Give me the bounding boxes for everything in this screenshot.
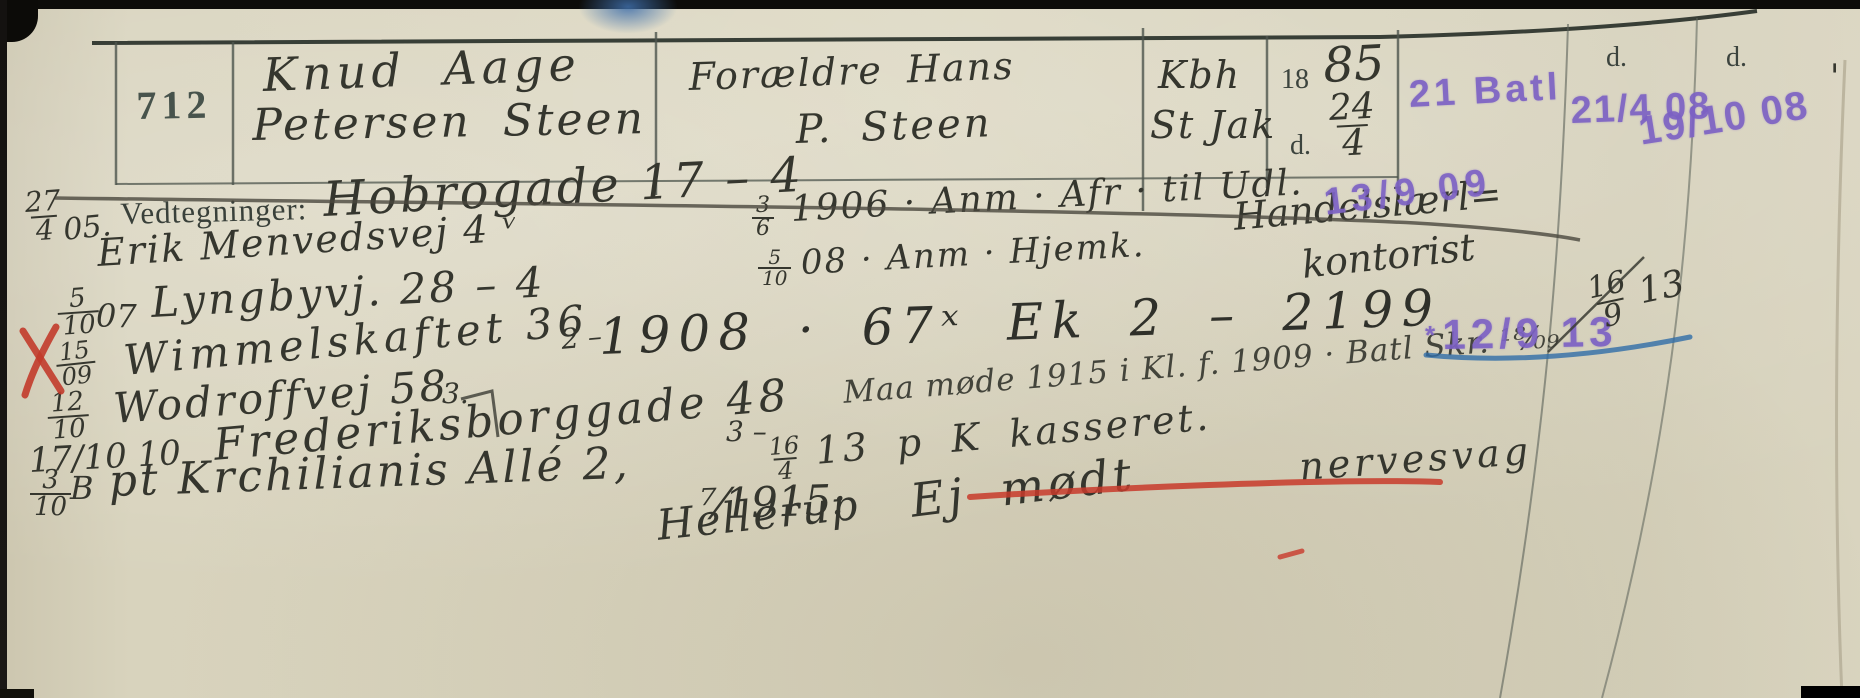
scan-corner-bottom-left [0,689,34,698]
blue-ink-smudge [578,0,678,34]
blue-underline [1426,337,1690,358]
scan-edge-left [0,0,7,698]
scan-corner-bottom-right [1801,686,1860,698]
red-underline [970,481,1440,497]
annotation-marks [0,0,1860,698]
red-dash [1280,551,1302,557]
pen-flourish-stroke [1548,257,1644,352]
register-card-scan: 712 Knud Aage Petersen Steen Forældre Ha… [0,0,1860,698]
lower-rule-strike [55,198,1580,240]
bracket-mark [461,391,498,437]
scan-edge-top [0,0,1860,9]
